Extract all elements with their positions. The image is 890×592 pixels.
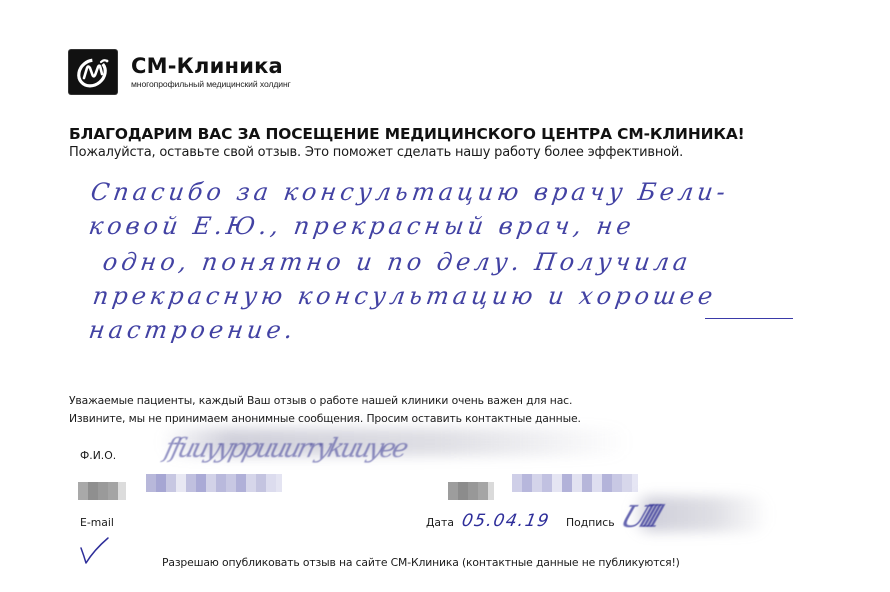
date-label: Дата: [426, 516, 454, 529]
name-field-value[interactable]: ffuuyyppuuurrykuuyee: [161, 434, 408, 464]
date-field-value[interactable]: 05.04.19: [460, 511, 551, 531]
notice-text: Уважаемые пациенты, каждый Ваш отзыв о р…: [69, 392, 581, 428]
redacted-label-right: [448, 482, 494, 500]
feedback-request-text: Пожалуйста, оставьте свой отзыв. Это пом…: [69, 145, 683, 160]
feedback-form-page: СМ-Клиника многопрофильный медицинский х…: [0, 0, 890, 592]
pen-stroke: [705, 318, 793, 319]
name-label: Ф.И.О.: [80, 449, 116, 462]
signature-label: Подпись: [566, 516, 615, 529]
cm-clinic-logo-icon: [69, 50, 117, 94]
notice-line-2: Извините, мы не принимаем анонимные сооб…: [69, 410, 581, 428]
review-line: настроение.: [87, 316, 298, 344]
review-line: Спасибо за консультацию врачу Бели-: [89, 178, 731, 206]
consent-checkmark-icon[interactable]: [78, 536, 110, 570]
review-line: ковой Е.Ю., прекрасный врач, не: [87, 212, 637, 240]
review-line: прекрасную консультацию и хорошее: [91, 282, 718, 310]
notice-line-1: Уважаемые пациенты, каждый Ваш отзыв о р…: [69, 392, 581, 410]
redacted-phone-value[interactable]: [146, 474, 282, 492]
redacted-label-left: [78, 482, 126, 500]
email-label: E-mail: [80, 516, 114, 529]
clinic-logo: СМ-Клиника многопрофильный медицинский х…: [69, 50, 291, 94]
thank-you-headline: БЛАГОДАРИМ ВАС ЗА ПОСЕЩЕНИЕ МЕДИЦИНСКОГО…: [69, 125, 745, 143]
redacted-phone-value-2[interactable]: [512, 474, 638, 492]
clinic-tagline: многопрофильный медицинский холдинг: [131, 79, 291, 89]
review-line: одно, понятно и по делу. Получила: [101, 248, 693, 276]
consent-text: Разрешаю опубликовать отзыв на сайте СМ-…: [162, 556, 680, 569]
clinic-name: СМ-Клиника: [131, 55, 291, 77]
